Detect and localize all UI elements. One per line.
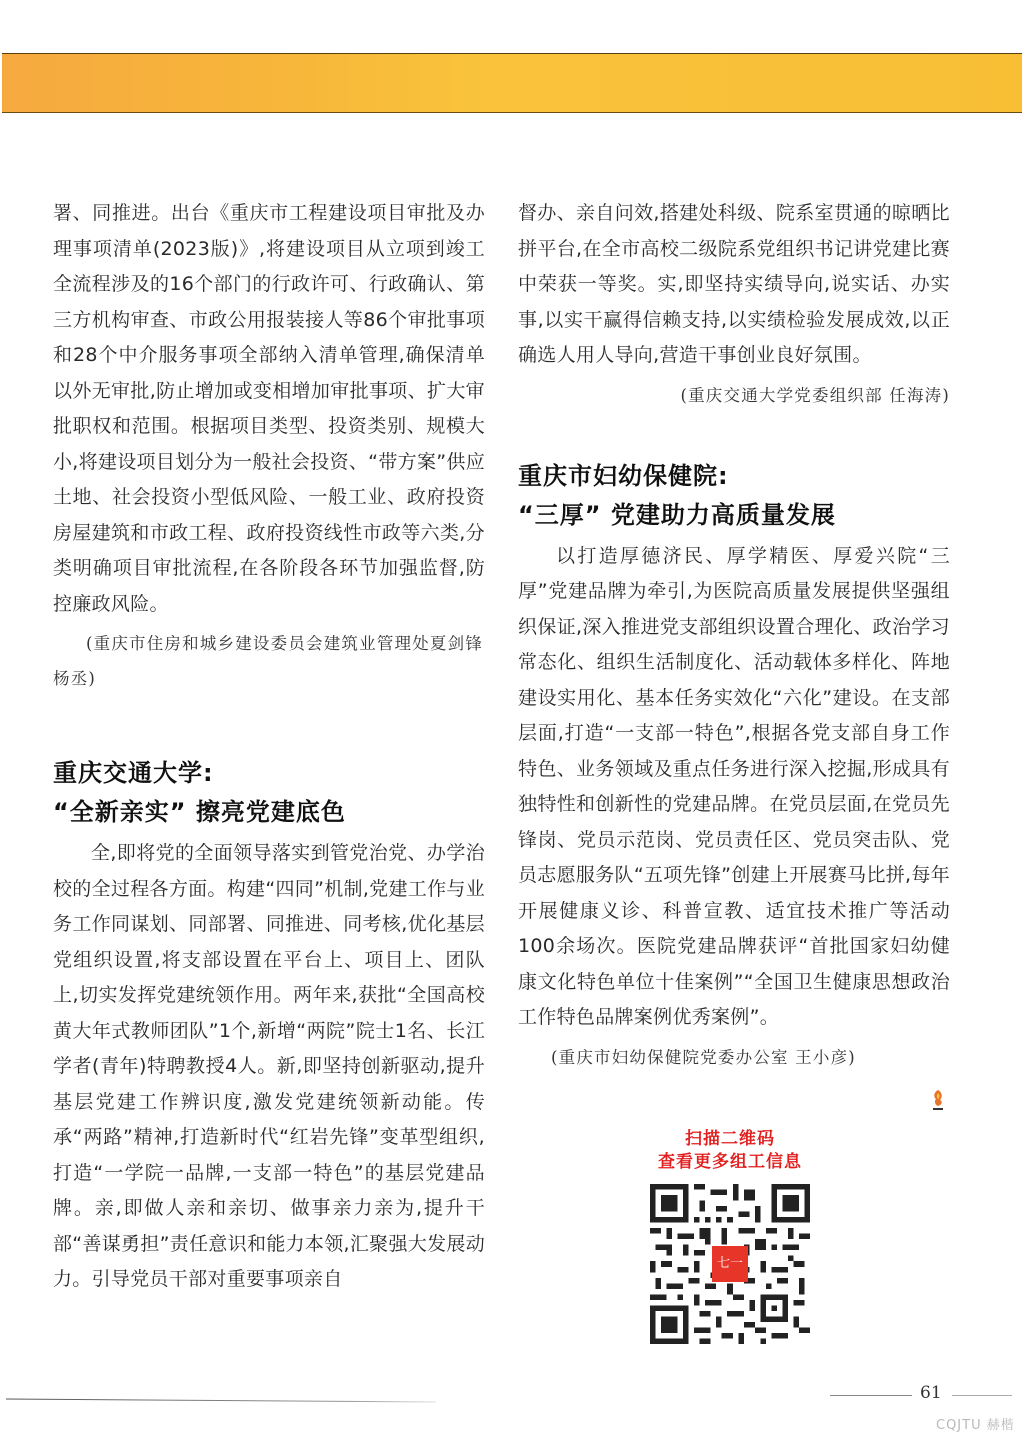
section-title-hospital: 重庆市妇幼保健院: [518,457,950,495]
footer-divider-right [830,1395,912,1396]
left-column: 署、同推进。出台《重庆市工程建设项目审批及办理事项清单(2023版)》,将建设项… [53,196,485,1298]
section-body-hospital: 以打造厚德济民、厚学精医、厚爱兴院“三厚”党建品牌为牵引,为医院高质量发展提供坚… [518,539,950,1036]
footer-divider-right-end [952,1395,1012,1396]
page-number: 61 [920,1383,942,1403]
continuation-credit: (重庆交通大学党委组织部 任海涛) [518,378,950,413]
watermark: CQJTU 赫楷 [936,1414,1015,1433]
continuation-paragraph: 督办、亲自问效,搭建处科级、院系室贯通的晾晒比拼平台,在全市高校二级院系党组织书… [518,196,950,374]
end-mark-icon [930,1088,946,1112]
qr-title-line1: 扫描二维码 [620,1128,840,1151]
hospital-credit: (重庆市妇幼保健院党委办公室 王小彦) [518,1040,950,1075]
section-subtitle-cqjtu: “全新亲实” 擦亮党建底色 [53,792,485,832]
qr-title-line2: 查看更多组工信息 [620,1151,840,1174]
section-subtitle-hospital: “三厚” 党建助力高质量发展 [518,495,950,535]
intro-paragraph: 署、同推进。出台《重庆市工程建设项目审批及办理事项清单(2023版)》,将建设项… [53,196,485,622]
intro-credit: (重庆市住房和城乡建设委员会建筑业管理处夏剑锋 杨丞) [53,626,485,696]
qr-logo: 七一 [712,1246,748,1282]
section-body-cqjtu: 全,即将党的全面领导落实到管党治党、办学治校的全过程各方面。构建“四同”机制,党… [53,836,485,1298]
section-title-cqjtu: 重庆交通大学: [53,754,485,792]
qr-section: 扫描二维码 查看更多组工信息 [620,1128,840,1344]
qr-code-icon[interactable]: 七一 [650,1184,810,1344]
right-column: 督办、亲自问效,搭建处科级、院系室贯通的晾晒比拼平台,在全市高校二级院系党组织书… [518,196,950,1075]
footer-divider-left [6,1398,436,1402]
header-banner [2,53,1022,113]
